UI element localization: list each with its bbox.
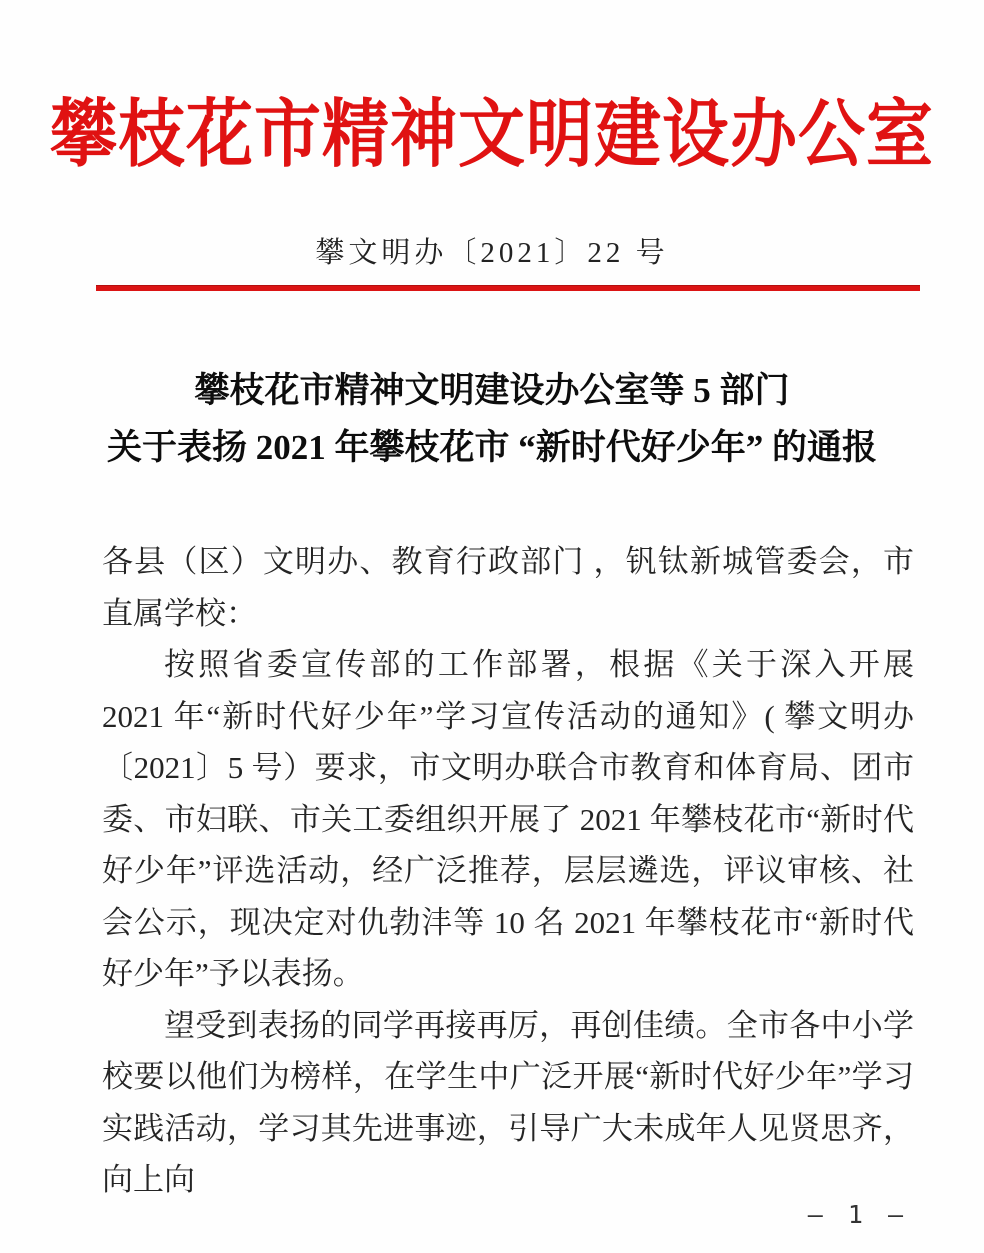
body-paragraph-1: 按照省委宣传部的工作部署，根据《关于深入开展 2021 年“新时代好少年”学习宣… bbox=[102, 639, 914, 1000]
document-number: 攀文明办〔2021〕22 号 bbox=[0, 230, 984, 271]
document-title-line2: 关于表扬 2021 年攀枝花市 “新时代好少年” 的通报 bbox=[86, 419, 898, 476]
salutation-paragraph: 各县（区）文明办、教育行政部门 ，钒钛新城管委会，市直属学校： bbox=[102, 536, 914, 639]
page-number: — 1 — bbox=[808, 1200, 908, 1229]
document-page: 攀枝花市精神文明建设办公室 攀文明办〔2021〕22 号 攀枝花市精神文明建设办… bbox=[0, 0, 984, 1253]
document-body: 各县（区）文明办、教育行政部门 ，钒钛新城管委会，市直属学校： 按照省委宣传部的… bbox=[102, 536, 914, 1206]
red-header-org-title: 攀枝花市精神文明建设办公室 bbox=[0, 76, 984, 182]
document-title-line1: 攀枝花市精神文明建设办公室等 5 部门 bbox=[86, 362, 898, 419]
red-divider-rule bbox=[96, 285, 920, 291]
body-paragraph-2: 望受到表扬的同学再接再厉，再创佳绩。全市各中小学校要以他们为榜样，在学生中广泛开… bbox=[102, 1000, 914, 1206]
document-title: 攀枝花市精神文明建设办公室等 5 部门 关于表扬 2021 年攀枝花市 “新时代… bbox=[86, 362, 898, 476]
